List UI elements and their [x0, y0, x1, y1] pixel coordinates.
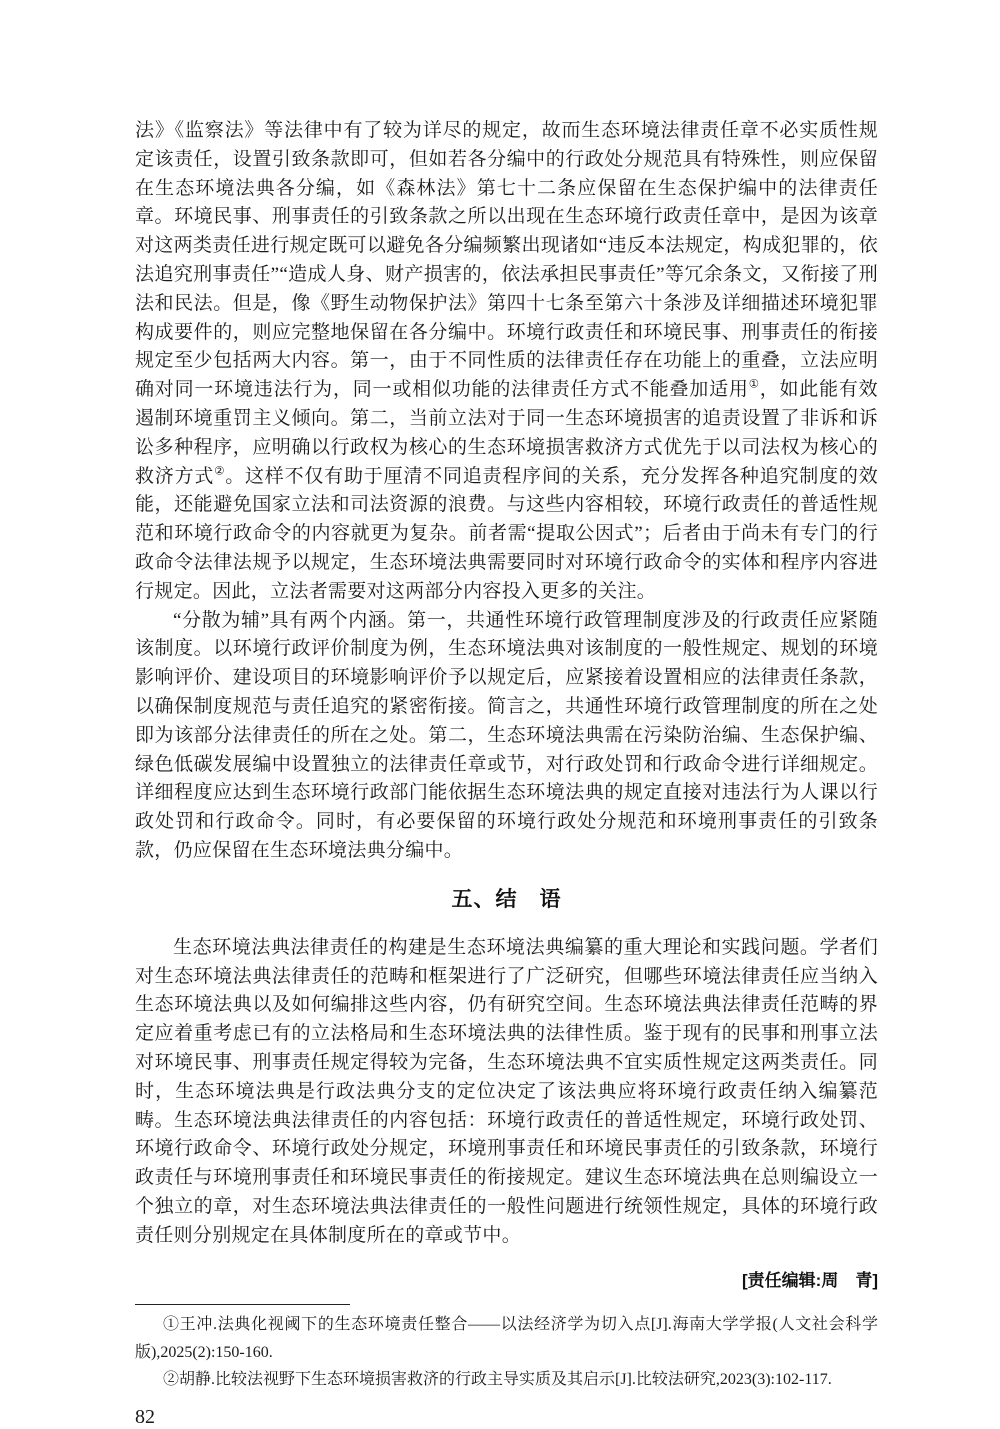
footnote-marker: ① [749, 379, 760, 391]
footnote-marker: ② [214, 465, 225, 477]
footnotes-block: ①王冲.法典化视阈下的生态环境责任整合——以法经济学为切入点[J].海南大学学报… [135, 1311, 878, 1394]
conclusion-paragraph: 生态环境法典法律责任的构建是生态环境法典编纂的重大理论和实践问题。学者们对生态环… [135, 934, 878, 1251]
page-number: 82 [135, 1406, 878, 1429]
footnote-2: ②胡静.比较法视野下生态环境损害救济的行政主导实质及其启示[J].比较法研究,2… [135, 1366, 878, 1394]
body-paragraph-continuation: 法》《监察法》等法律中有了较为详尽的规定，故而生态环境法律责任章不必实质性规定该… [135, 117, 878, 607]
section-heading-conclusion: 五、结 语 [135, 883, 878, 913]
journal-page: 法》《监察法》等法律中有了较为详尽的规定，故而生态环境法律责任章不必实质性规定该… [0, 0, 1000, 1347]
body-paragraph-fensan-weifu: “分散为辅”具有两个内涵。第一，共通性环境行政管理制度涉及的行政责任应紧随该制度… [135, 607, 878, 866]
footnote-separator-rule [135, 1304, 350, 1305]
responsible-editor-credit: [责任编辑:周 青] [135, 1266, 878, 1291]
footnote-1: ①王冲.法典化视阈下的生态环境责任整合——以法经济学为切入点[J].海南大学学报… [135, 1311, 878, 1366]
